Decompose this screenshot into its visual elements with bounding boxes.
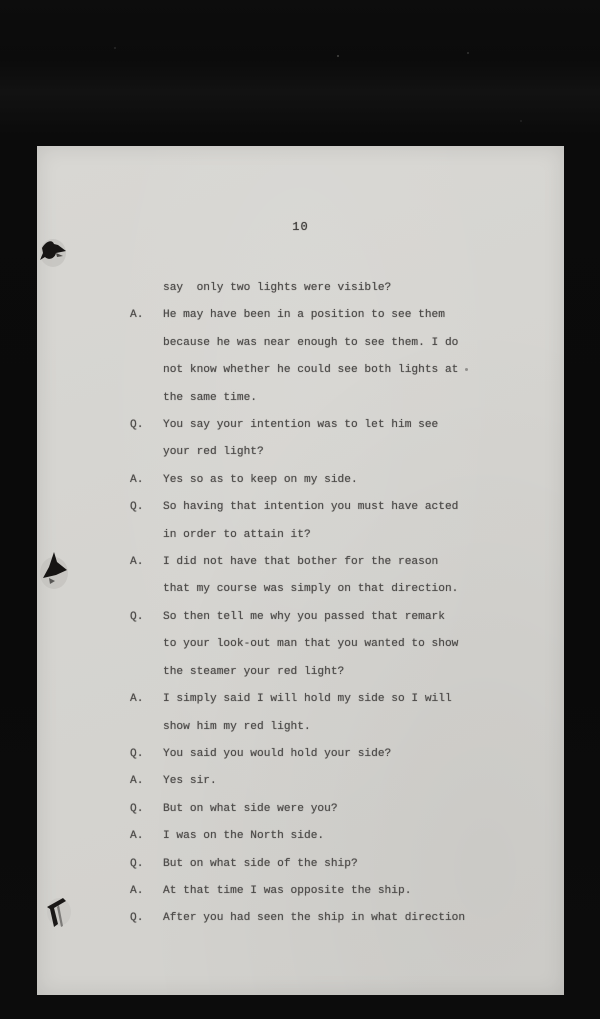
transcript-line: But on what side of the ship?	[163, 851, 534, 878]
transcript-line: I did not have that bother for the reaso…	[163, 549, 534, 576]
qa-lines: At that time I was opposite the ship.	[163, 878, 534, 905]
qa-entry: Q.You say your intention was to let him …	[130, 412, 534, 467]
qa-label: A.	[130, 686, 163, 741]
qa-entry: A.At that time I was opposite the ship.	[130, 878, 534, 905]
qa-lines: He may have been in a position to see th…	[163, 302, 534, 412]
transcript-line: But on what side were you?	[163, 796, 534, 823]
binding-hole-bottom-icon	[46, 896, 74, 932]
qa-lines: Yes sir.	[163, 768, 534, 795]
ink-speck	[465, 368, 468, 371]
qa-label: Q.	[130, 905, 163, 932]
transcript-line: So then tell me why you passed that rema…	[163, 604, 534, 631]
transcript-line: So having that intention you must have a…	[163, 494, 534, 521]
qa-lines: But on what side were you?	[163, 796, 534, 823]
qa-label: A.	[130, 467, 163, 494]
transcript-line: At that time I was opposite the ship.	[163, 878, 534, 905]
transcript-line: in order to attain it?	[163, 522, 534, 549]
qa-lines: So having that intention you must have a…	[163, 494, 534, 549]
transcript-line: not know whether he could see both light…	[163, 357, 534, 384]
transcript-line: You say your intention was to let him se…	[163, 412, 534, 439]
transcript-line: Yes sir.	[163, 768, 534, 795]
qa-entry: Q.You said you would hold your side?	[130, 741, 534, 768]
document-page: 10 say only two lights were visible?A.He…	[37, 146, 564, 995]
dust-speck	[520, 120, 522, 122]
transcript-line: After you had seen the ship in what dire…	[163, 905, 534, 932]
dust-speck	[337, 55, 339, 57]
transcript-line: the same time.	[163, 385, 534, 412]
qa-label: Q.	[130, 494, 163, 549]
qa-entry: A.I was on the North side.	[130, 823, 534, 850]
transcript-line: the steamer your red light?	[163, 659, 534, 686]
qa-lines: So then tell me why you passed that rema…	[163, 604, 534, 686]
qa-label: A.	[130, 549, 163, 604]
binding-hole-middle-icon	[39, 550, 71, 594]
qa-entry: Q.But on what side were you?	[130, 796, 534, 823]
transcript-line: that my course was simply on that direct…	[163, 576, 534, 603]
qa-entry: say only two lights were visible?	[130, 275, 534, 302]
qa-lines: Yes so as to keep on my side.	[163, 467, 534, 494]
qa-entry: A.Yes sir.	[130, 768, 534, 795]
qa-entry: A.I did not have that bother for the rea…	[130, 549, 534, 604]
qa-label: A.	[130, 768, 163, 795]
qa-lines: say only two lights were visible?	[163, 275, 534, 302]
transcript-line: your red light?	[163, 439, 534, 466]
qa-entry: Q.So then tell me why you passed that re…	[130, 604, 534, 686]
qa-lines: I was on the North side.	[163, 823, 534, 850]
qa-label: Q.	[130, 412, 163, 467]
qa-label: Q.	[130, 851, 163, 878]
qa-label: A.	[130, 823, 163, 850]
scan-background: 10 say only two lights were visible?A.He…	[0, 0, 600, 1019]
transcript-line: He may have been in a position to see th…	[163, 302, 534, 329]
transcript-line: show him my red light.	[163, 714, 534, 741]
qa-label: Q.	[130, 741, 163, 768]
qa-lines: But on what side of the ship?	[163, 851, 534, 878]
qa-label	[130, 275, 163, 302]
qa-entry: A.He may have been in a position to see …	[130, 302, 534, 412]
qa-label: A.	[130, 878, 163, 905]
transcript-line: Yes so as to keep on my side.	[163, 467, 534, 494]
transcript-body: say only two lights were visible?A.He ma…	[130, 275, 534, 933]
qa-lines: You say your intention was to let him se…	[163, 412, 534, 467]
qa-lines: You said you would hold your side?	[163, 741, 534, 768]
transcript-line: because he was near enough to see them. …	[163, 330, 534, 357]
qa-lines: After you had seen the ship in what dire…	[163, 905, 534, 932]
transcript-line: say only two lights were visible?	[163, 275, 534, 302]
dust-speck	[467, 52, 469, 54]
binding-hole-top-icon	[39, 236, 69, 270]
transcript-line: You said you would hold your side?	[163, 741, 534, 768]
transcript-line: I was on the North side.	[163, 823, 534, 850]
qa-entry: Q.After you had seen the ship in what di…	[130, 905, 534, 932]
qa-label: Q.	[130, 796, 163, 823]
qa-entry: Q.But on what side of the ship?	[130, 851, 534, 878]
page-number: 10	[37, 220, 564, 234]
qa-entry: A.I simply said I will hold my side so I…	[130, 686, 534, 741]
qa-lines: I simply said I will hold my side so I w…	[163, 686, 534, 741]
transcript-line: to your look-out man that you wanted to …	[163, 631, 534, 658]
transcript-line: I simply said I will hold my side so I w…	[163, 686, 534, 713]
qa-label: A.	[130, 302, 163, 412]
qa-lines: I did not have that bother for the reaso…	[163, 549, 534, 604]
qa-entry: Q.So having that intention you must have…	[130, 494, 534, 549]
dust-speck	[114, 47, 116, 49]
qa-entry: A.Yes so as to keep on my side.	[130, 467, 534, 494]
qa-label: Q.	[130, 604, 163, 686]
